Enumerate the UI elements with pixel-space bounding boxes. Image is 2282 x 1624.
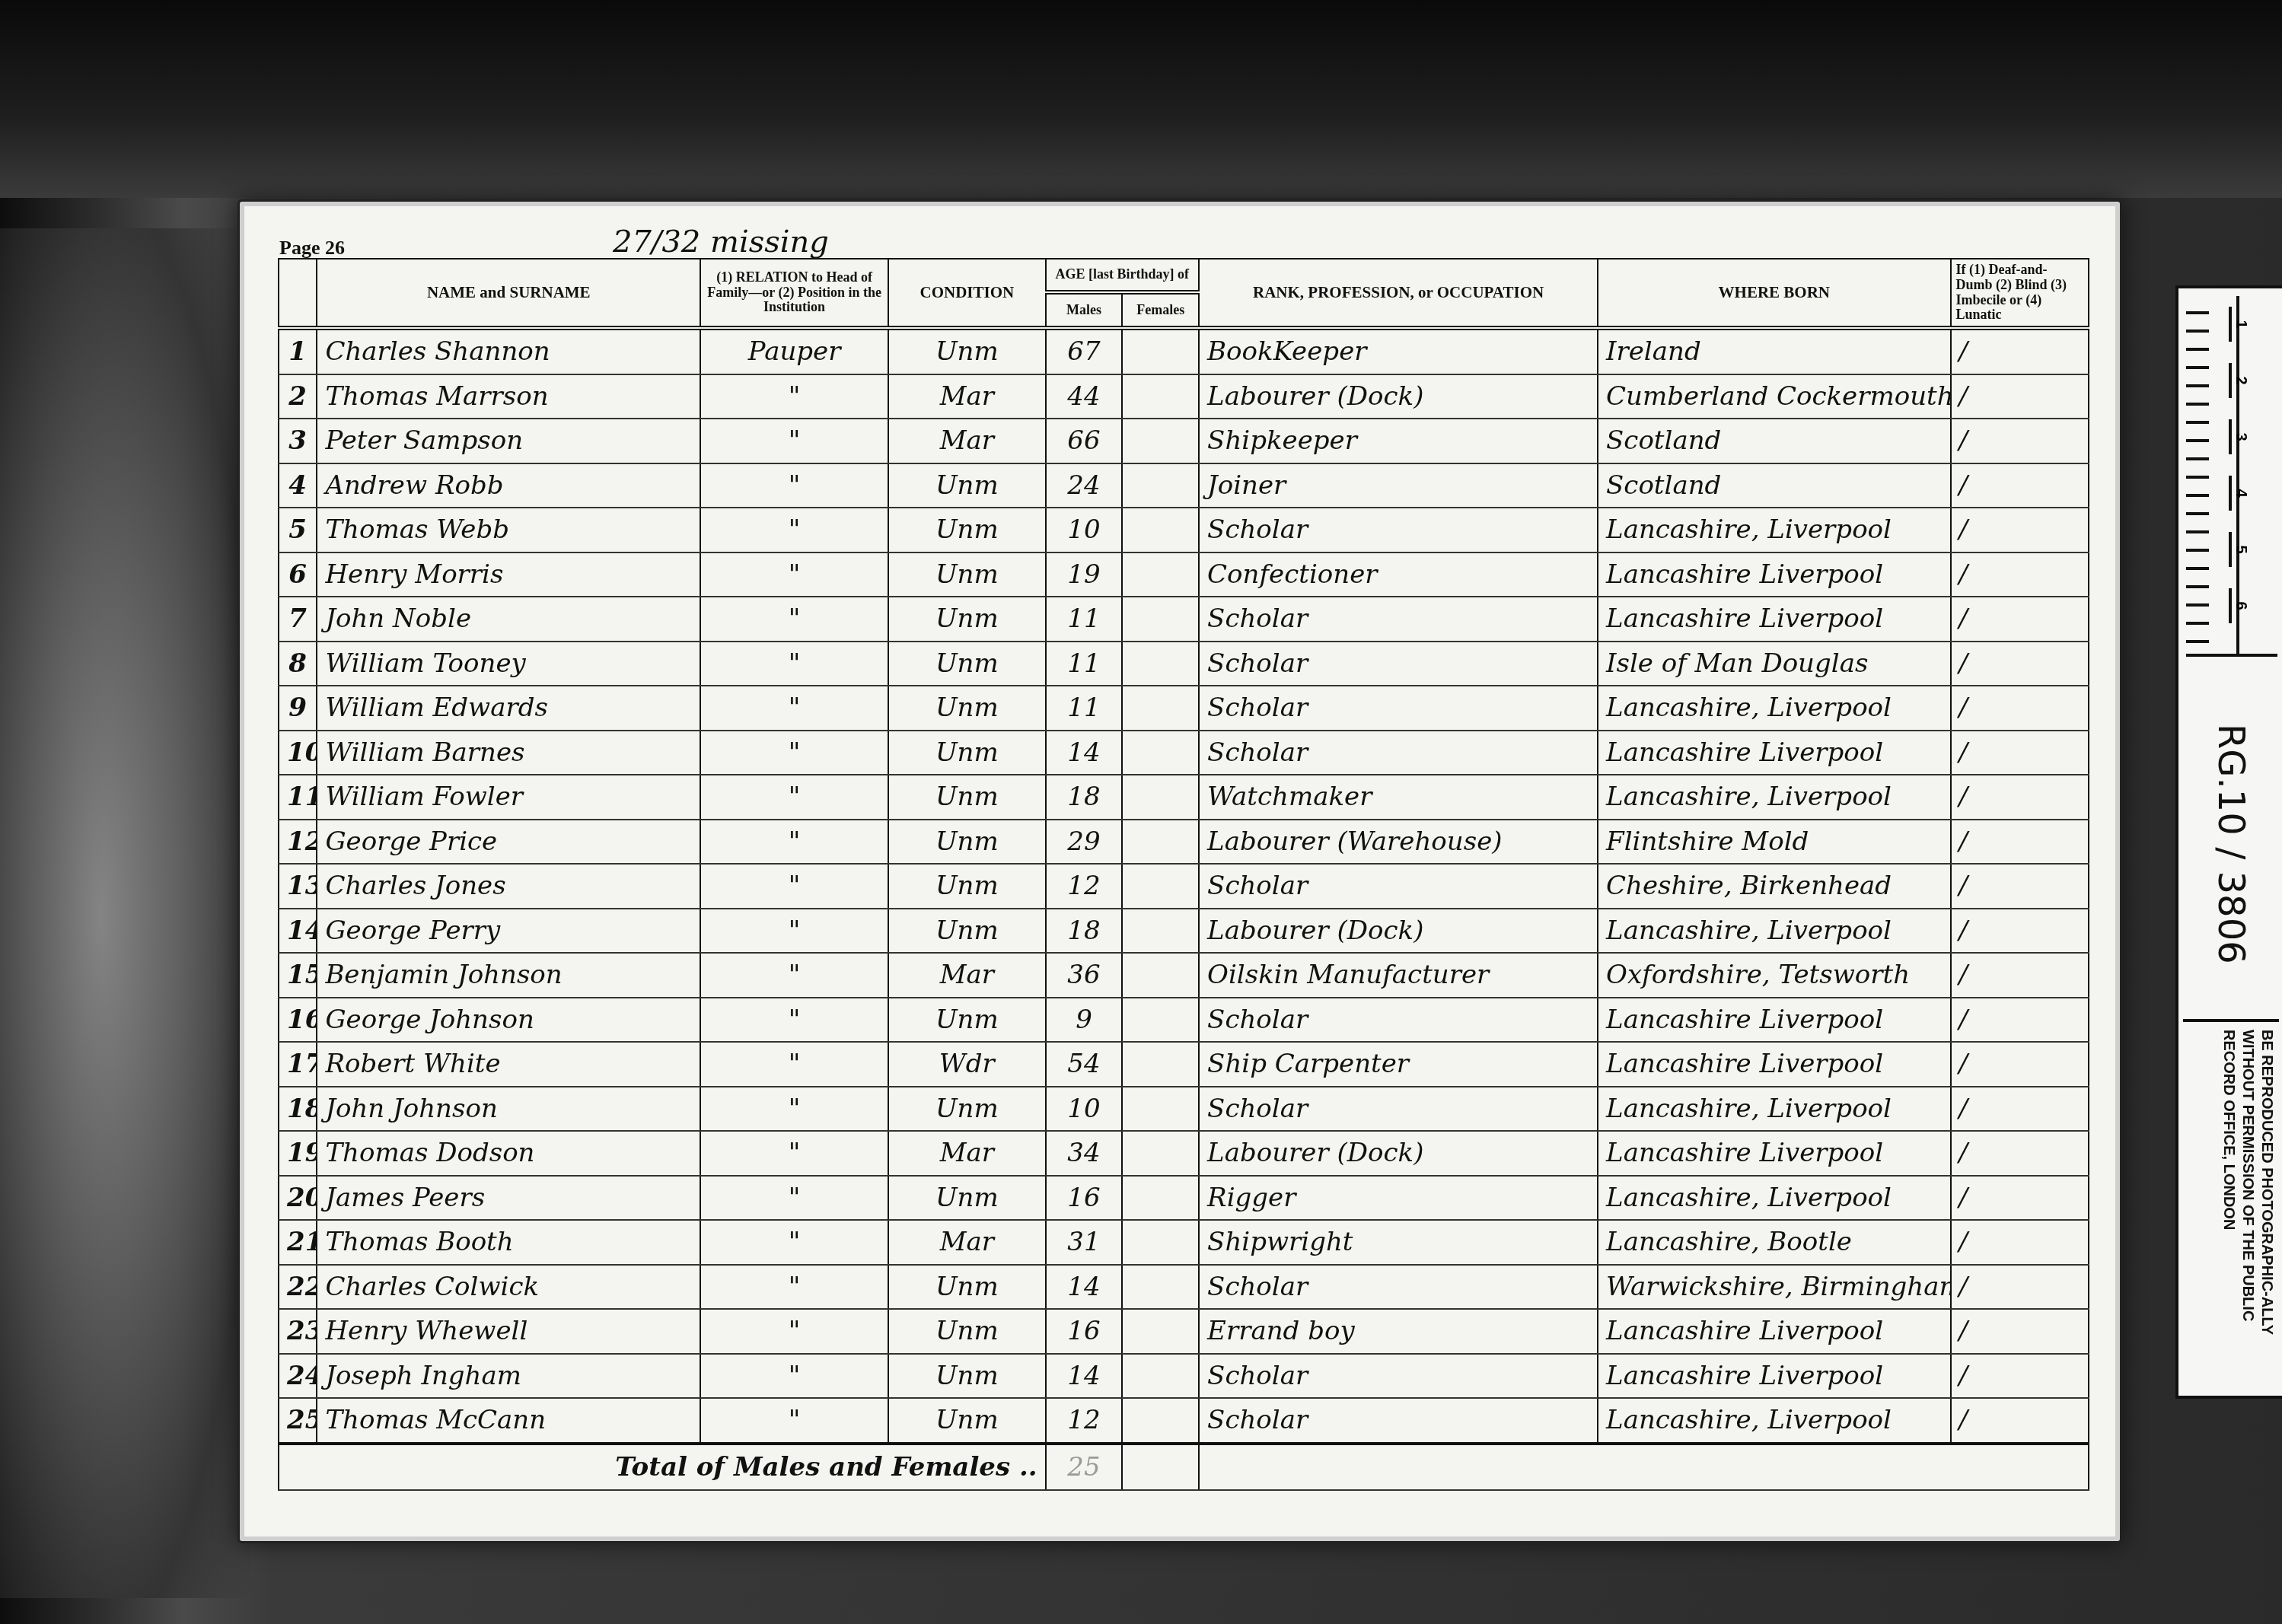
row-number: 17 (279, 1042, 317, 1087)
condition-cell: Unm (888, 1265, 1046, 1310)
age-male-cell: 10 (1046, 508, 1123, 552)
person-name: Benjamin Johnson (317, 953, 700, 998)
age-female-cell (1122, 1354, 1199, 1399)
birthplace-cell: Lancashire Liverpool (1598, 1309, 1951, 1354)
col-header-name: NAME and SURNAME (317, 259, 700, 328)
total-males: 25 (1046, 1444, 1123, 1490)
row-number: 20 (279, 1176, 317, 1221)
table-row: 5Thomas Webb"Unm10ScholarLancashire, Liv… (279, 508, 2089, 552)
row-number: 16 (279, 998, 317, 1043)
age-male-cell: 11 (1046, 686, 1123, 731)
occupation-cell: Scholar (1199, 1265, 1598, 1310)
age-male-cell: 34 (1046, 1131, 1123, 1176)
row-number: 4 (279, 463, 317, 508)
table-row: 10William Barnes"Unm14ScholarLancashire … (279, 731, 2089, 775)
measuring-ruler: 123456 (2186, 296, 2277, 657)
relation-cell: Pauper (700, 328, 888, 374)
col-header-occupation: RANK, PROFESSION, or OCCUPATION (1199, 259, 1598, 328)
condition-cell: Unm (888, 508, 1046, 552)
condition-cell: Mar (888, 1131, 1046, 1176)
occupation-cell: Scholar (1199, 864, 1598, 909)
infirmity-mark-cell: / (1951, 820, 2089, 865)
census-table: NAME and SURNAME (1) RELATION to Head of… (278, 258, 2089, 1491)
col-header-infirmity: If (1) Deaf-and-Dumb (2) Blind (3) Imbec… (1951, 259, 2089, 328)
age-male-cell: 36 (1046, 953, 1123, 998)
age-male-cell: 16 (1046, 1309, 1123, 1354)
row-number: 18 (279, 1087, 317, 1132)
age-female-cell (1122, 731, 1199, 775)
table-row: 18John Johnson"Unm10ScholarLancashire, L… (279, 1087, 2089, 1132)
birthplace-cell: Flintshire Mold (1598, 820, 1951, 865)
birthplace-cell: Lancashire, Liverpool (1598, 1087, 1951, 1132)
col-header-num (279, 259, 317, 328)
person-name: Henry Morris (317, 552, 700, 597)
age-female-cell (1122, 597, 1199, 642)
infirmity-mark-cell: / (1951, 1042, 2089, 1087)
condition-cell: Unm (888, 328, 1046, 374)
age-male-cell: 18 (1046, 909, 1123, 954)
header-row: NAME and SURNAME (1) RELATION to Head of… (279, 259, 2089, 292)
occupation-cell: Oilskin Manufacturer (1199, 953, 1598, 998)
occupation-cell: Scholar (1199, 1398, 1598, 1444)
occupation-cell: BookKeeper (1199, 328, 1598, 374)
age-female-cell (1122, 552, 1199, 597)
birthplace-cell: Lancashire Liverpool (1598, 1354, 1951, 1399)
occupation-cell: Labourer (Dock) (1199, 374, 1598, 419)
table-row: 8William Tooney"Unm11ScholarIsle of Man … (279, 642, 2089, 686)
age-female-cell (1122, 1309, 1199, 1354)
birthplace-cell: Isle of Man Douglas (1598, 642, 1951, 686)
table-row: 4Andrew Robb"Unm24JoinerScotland/ (279, 463, 2089, 508)
occupation-cell: Scholar (1199, 1087, 1598, 1132)
row-number: 7 (279, 597, 317, 642)
condition-cell: Unm (888, 463, 1046, 508)
age-female-cell (1122, 864, 1199, 909)
occupation-cell: Ship Carpenter (1199, 1042, 1598, 1087)
col-header-born: WHERE BORN (1598, 259, 1951, 328)
condition-cell: Mar (888, 1220, 1046, 1265)
relation-cell: " (700, 820, 888, 865)
row-number: 11 (279, 775, 317, 820)
infirmity-mark-cell: / (1951, 731, 2089, 775)
person-name: Henry Whewell (317, 1309, 700, 1354)
col-header-condition: CONDITION (888, 259, 1046, 328)
infirmity-mark-cell: / (1951, 998, 2089, 1043)
age-female-cell (1122, 1398, 1199, 1444)
table-row: 1Charles ShannonPauperUnm67BookKeeperIre… (279, 328, 2089, 374)
table-row: 21Thomas Booth"Mar31ShipwrightLancashire… (279, 1220, 2089, 1265)
occupation-cell: Shipwright (1199, 1220, 1598, 1265)
row-number: 13 (279, 864, 317, 909)
person-name: George Perry (317, 909, 700, 954)
person-name: Charles Jones (317, 864, 700, 909)
person-name: Robert White (317, 1042, 700, 1087)
row-number: 12 (279, 820, 317, 865)
age-male-cell: 12 (1046, 1398, 1123, 1444)
occupation-cell: Labourer (Warehouse) (1199, 820, 1598, 865)
ruler-number: 2 (2229, 363, 2282, 398)
age-female-cell (1122, 686, 1199, 731)
condition-cell: Unm (888, 775, 1046, 820)
condition-cell: Wdr (888, 1042, 1046, 1087)
person-name: Charles Shannon (317, 328, 700, 374)
relation-cell: " (700, 998, 888, 1043)
person-name: William Edwards (317, 686, 700, 731)
condition-cell: Mar (888, 953, 1046, 998)
person-name: John Johnson (317, 1087, 700, 1132)
table-row: 7John Noble"Unm11ScholarLancashire Liver… (279, 597, 2089, 642)
table-row: 22Charles Colwick"Unm14ScholarWarwickshi… (279, 1265, 2089, 1310)
infirmity-mark-cell: / (1951, 463, 2089, 508)
infirmity-mark-cell: / (1951, 508, 2089, 552)
occupation-cell: Scholar (1199, 731, 1598, 775)
age-male-cell: 67 (1046, 328, 1123, 374)
age-female-cell (1122, 998, 1199, 1043)
condition-cell: Unm (888, 1176, 1046, 1221)
condition-cell: Unm (888, 552, 1046, 597)
person-name: Thomas Marrson (317, 374, 700, 419)
condition-cell: Unm (888, 597, 1046, 642)
table-row: 23Henry Whewell"Unm16Errand boyLancashir… (279, 1309, 2089, 1354)
col-header-relation: (1) RELATION to Head of Family—or (2) Po… (700, 259, 888, 328)
age-male-cell: 54 (1046, 1042, 1123, 1087)
birthplace-cell: Lancashire, Bootle (1598, 1220, 1951, 1265)
age-male-cell: 12 (1046, 864, 1123, 909)
age-male-cell: 66 (1046, 419, 1123, 463)
infirmity-mark-cell: / (1951, 1398, 2089, 1444)
infirmity-mark-cell: / (1951, 686, 2089, 731)
table-row: 17Robert White"Wdr54Ship CarpenterLancas… (279, 1042, 2089, 1087)
table-row: 16George Johnson"Unm9ScholarLancashire L… (279, 998, 2089, 1043)
person-name: George Johnson (317, 998, 700, 1043)
relation-cell: " (700, 1176, 888, 1221)
infirmity-mark-cell: / (1951, 1220, 2089, 1265)
relation-cell: " (700, 374, 888, 419)
table-row: 12George Price"Unm29Labourer (Warehouse)… (279, 820, 2089, 865)
row-number: 15 (279, 953, 317, 998)
birthplace-cell: Lancashire Liverpool (1598, 552, 1951, 597)
infirmity-mark-cell: / (1951, 953, 2089, 998)
age-female-cell (1122, 1220, 1199, 1265)
row-number: 2 (279, 374, 317, 419)
birthplace-cell: Lancashire Liverpool (1598, 1042, 1951, 1087)
table-row: 25Thomas McCann"Unm12ScholarLancashire, … (279, 1398, 2089, 1444)
census-rows: 1Charles ShannonPauperUnm67BookKeeperIre… (279, 328, 2089, 1444)
total-females (1122, 1444, 1199, 1490)
condition-cell: Unm (888, 1398, 1046, 1444)
age-female-cell (1122, 820, 1199, 865)
table-row: 24Joseph Ingham"Unm14ScholarLancashire L… (279, 1354, 2089, 1399)
table-row: 20James Peers"Unm16RiggerLancashire, Liv… (279, 1176, 2089, 1221)
relation-cell: " (700, 597, 888, 642)
condition-cell: Mar (888, 374, 1046, 419)
person-name: Thomas McCann (317, 1398, 700, 1444)
person-name: William Fowler (317, 775, 700, 820)
relation-cell: " (700, 419, 888, 463)
col-header-age: AGE [last Birthday] of (1046, 259, 1200, 292)
age-female-cell (1122, 508, 1199, 552)
infirmity-mark-cell: / (1951, 1354, 2089, 1399)
copyright-notice: BE REPRODUCED PHOTOGRAPHIC-ALLY WITHOUT … (2183, 1019, 2279, 1384)
age-female-cell (1122, 1265, 1199, 1310)
birthplace-cell: Lancashire, Liverpool (1598, 1398, 1951, 1444)
age-male-cell: 24 (1046, 463, 1123, 508)
row-number: 24 (279, 1354, 317, 1399)
total-empty (1199, 1444, 2089, 1490)
infirmity-mark-cell: / (1951, 374, 2089, 419)
person-name: Andrew Robb (317, 463, 700, 508)
relation-cell: " (700, 463, 888, 508)
person-name: Thomas Booth (317, 1220, 700, 1265)
condition-cell: Unm (888, 686, 1046, 731)
condition-cell: Unm (888, 909, 1046, 954)
row-number: 6 (279, 552, 317, 597)
ruler-number: 3 (2229, 419, 2282, 454)
age-female-cell (1122, 909, 1199, 954)
handwritten-annotation: 27/32 missing (613, 224, 829, 260)
birthplace-cell: Lancashire Liverpool (1598, 1131, 1951, 1176)
table-row: 13Charles Jones"Unm12ScholarCheshire, Bi… (279, 864, 2089, 909)
document-reference: RG.10 / 3806 (2189, 684, 2273, 1004)
relation-cell: " (700, 864, 888, 909)
row-number: 10 (279, 731, 317, 775)
occupation-cell: Scholar (1199, 508, 1598, 552)
table-row: 6Henry Morris"Unm19ConfectionerLancashir… (279, 552, 2089, 597)
infirmity-mark-cell: / (1951, 1265, 2089, 1310)
age-female-cell (1122, 419, 1199, 463)
condition-cell: Unm (888, 731, 1046, 775)
table-row: 3Peter Sampson"Mar66ShipkeeperScotland/ (279, 419, 2089, 463)
infirmity-mark-cell: / (1951, 864, 2089, 909)
condition-cell: Mar (888, 419, 1046, 463)
occupation-cell: Scholar (1199, 597, 1598, 642)
relation-cell: " (700, 1309, 888, 1354)
age-female-cell (1122, 1087, 1199, 1132)
row-number: 14 (279, 909, 317, 954)
occupation-cell: Shipkeeper (1199, 419, 1598, 463)
condition-cell: Unm (888, 642, 1046, 686)
birthplace-cell: Lancashire Liverpool (1598, 998, 1951, 1043)
person-name: James Peers (317, 1176, 700, 1221)
occupation-cell: Errand boy (1199, 1309, 1598, 1354)
birthplace-cell: Cheshire, Birkenhead (1598, 864, 1951, 909)
age-female-cell (1122, 775, 1199, 820)
page-label: Page 26 (279, 237, 345, 260)
table-row: 11William Fowler"Unm18WatchmakerLancashi… (279, 775, 2089, 820)
condition-cell: Unm (888, 998, 1046, 1043)
birthplace-cell: Lancashire, Liverpool (1598, 508, 1951, 552)
ruler-number: 4 (2229, 476, 2282, 511)
age-male-cell: 14 (1046, 1265, 1123, 1310)
age-male-cell: 31 (1046, 1220, 1123, 1265)
age-male-cell: 11 (1046, 642, 1123, 686)
birthplace-cell: Lancashire, Liverpool (1598, 775, 1951, 820)
birthplace-cell: Ireland (1598, 328, 1951, 374)
birthplace-cell: Scotland (1598, 463, 1951, 508)
census-sheet: Page 26 27/32 missing NAME and SURNAME (… (237, 199, 2122, 1543)
reference-strip: 123456 RG.10 / 3806 BE REPRODUCED PHOTOG… (2175, 285, 2282, 1399)
row-number: 3 (279, 419, 317, 463)
person-name: William Barnes (317, 731, 700, 775)
row-number: 25 (279, 1398, 317, 1444)
table-row: 19Thomas Dodson"Mar34Labourer (Dock)Lanc… (279, 1131, 2089, 1176)
age-male-cell: 11 (1046, 597, 1123, 642)
condition-cell: Unm (888, 1354, 1046, 1399)
row-number: 23 (279, 1309, 317, 1354)
birthplace-cell: Lancashire Liverpool (1598, 731, 1951, 775)
relation-cell: " (700, 1131, 888, 1176)
infirmity-mark-cell: / (1951, 1087, 2089, 1132)
age-male-cell: 29 (1046, 820, 1123, 865)
occupation-cell: Joiner (1199, 463, 1598, 508)
relation-cell: " (700, 1265, 888, 1310)
occupation-cell: Scholar (1199, 1354, 1598, 1399)
infirmity-mark-cell: / (1951, 597, 2089, 642)
birthplace-cell: Scotland (1598, 419, 1951, 463)
row-number: 22 (279, 1265, 317, 1310)
relation-cell: " (700, 1398, 888, 1444)
ruler-number: 1 (2229, 307, 2282, 342)
infirmity-mark-cell: / (1951, 328, 2089, 374)
birthplace-cell: Lancashire, Liverpool (1598, 909, 1951, 954)
age-female-cell (1122, 1131, 1199, 1176)
person-name: Charles Colwick (317, 1265, 700, 1310)
birthplace-cell: Cumberland Cockermouth (1598, 374, 1951, 419)
age-male-cell: 19 (1046, 552, 1123, 597)
ruler-scale: 123456 (2236, 296, 2274, 654)
relation-cell: " (700, 909, 888, 954)
age-female-cell (1122, 1042, 1199, 1087)
ruler-number: 5 (2229, 532, 2282, 567)
birthplace-cell: Lancashire, Liverpool (1598, 1176, 1951, 1221)
relation-cell: " (700, 642, 888, 686)
total-label: Total of Males and Females .. (279, 1444, 1046, 1490)
person-name: William Tooney (317, 642, 700, 686)
age-male-cell: 44 (1046, 374, 1123, 419)
birthplace-cell: Oxfordshire, Tetsworth (1598, 953, 1951, 998)
total-row: Total of Males and Females .. 25 (279, 1444, 2089, 1490)
person-name: Thomas Webb (317, 508, 700, 552)
infirmity-mark-cell: / (1951, 1176, 2089, 1221)
person-name: Peter Sampson (317, 419, 700, 463)
relation-cell: " (700, 953, 888, 998)
birthplace-cell: Lancashire, Liverpool (1598, 686, 1951, 731)
age-female-cell (1122, 953, 1199, 998)
table-row: 15Benjamin Johnson"Mar36Oilskin Manufact… (279, 953, 2089, 998)
person-name: John Noble (317, 597, 700, 642)
age-male-cell: 14 (1046, 731, 1123, 775)
infirmity-mark-cell: / (1951, 1309, 2089, 1354)
age-male-cell: 9 (1046, 998, 1123, 1043)
condition-cell: Unm (888, 820, 1046, 865)
age-male-cell: 16 (1046, 1176, 1123, 1221)
row-number: 19 (279, 1131, 317, 1176)
occupation-cell: Labourer (Dock) (1199, 1131, 1598, 1176)
occupation-cell: Scholar (1199, 642, 1598, 686)
infirmity-mark-cell: / (1951, 1131, 2089, 1176)
relation-cell: " (700, 686, 888, 731)
relation-cell: " (700, 552, 888, 597)
col-header-males: Males (1046, 292, 1123, 328)
occupation-cell: Watchmaker (1199, 775, 1598, 820)
col-header-females: Females (1122, 292, 1199, 328)
person-name: George Price (317, 820, 700, 865)
birthplace-cell: Lancashire Liverpool (1598, 597, 1951, 642)
relation-cell: " (700, 508, 888, 552)
age-male-cell: 18 (1046, 775, 1123, 820)
row-number: 8 (279, 642, 317, 686)
condition-cell: Unm (888, 1087, 1046, 1132)
relation-cell: " (700, 1042, 888, 1087)
age-female-cell (1122, 463, 1199, 508)
relation-cell: " (700, 775, 888, 820)
infirmity-mark-cell: / (1951, 552, 2089, 597)
occupation-cell: Scholar (1199, 686, 1598, 731)
infirmity-mark-cell: / (1951, 642, 2089, 686)
relation-cell: " (700, 731, 888, 775)
occupation-cell: Rigger (1199, 1176, 1598, 1221)
person-name: Thomas Dodson (317, 1131, 700, 1176)
age-female-cell (1122, 1176, 1199, 1221)
age-female-cell (1122, 328, 1199, 374)
age-female-cell (1122, 642, 1199, 686)
infirmity-mark-cell: / (1951, 909, 2089, 954)
table-row: 14George Perry"Unm18Labourer (Dock)Lanca… (279, 909, 2089, 954)
relation-cell: " (700, 1087, 888, 1132)
infirmity-mark-cell: / (1951, 775, 2089, 820)
age-male-cell: 10 (1046, 1087, 1123, 1132)
row-number: 9 (279, 686, 317, 731)
infirmity-mark-cell: / (1951, 419, 2089, 463)
row-number: 5 (279, 508, 317, 552)
relation-cell: " (700, 1354, 888, 1399)
birthplace-cell: Warwickshire, Birmingham (1598, 1265, 1951, 1310)
person-name: Joseph Ingham (317, 1354, 700, 1399)
condition-cell: Unm (888, 1309, 1046, 1354)
ruler-number: 6 (2229, 588, 2282, 623)
occupation-cell: Confectioner (1199, 552, 1598, 597)
row-number: 1 (279, 328, 317, 374)
occupation-cell: Scholar (1199, 998, 1598, 1043)
age-male-cell: 14 (1046, 1354, 1123, 1399)
row-number: 21 (279, 1220, 317, 1265)
table-row: 2Thomas Marrson"Mar44Labourer (Dock)Cumb… (279, 374, 2089, 419)
condition-cell: Unm (888, 864, 1046, 909)
age-female-cell (1122, 374, 1199, 419)
relation-cell: " (700, 1220, 888, 1265)
occupation-cell: Labourer (Dock) (1199, 909, 1598, 954)
table-row: 9William Edwards"Unm11ScholarLancashire,… (279, 686, 2089, 731)
